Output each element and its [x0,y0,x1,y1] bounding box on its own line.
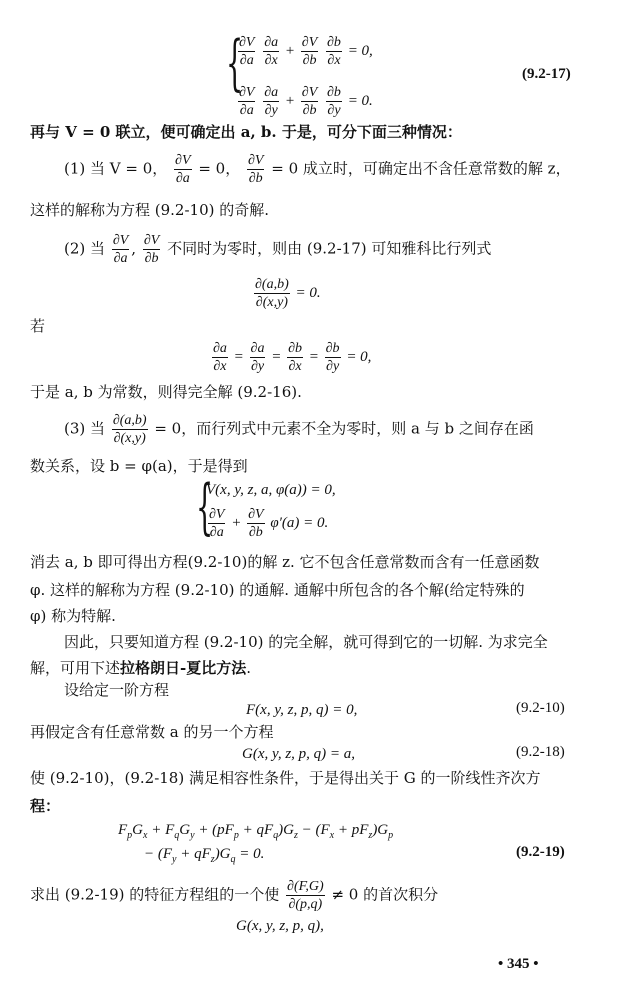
case-1: (1) 当 V = 0， ∂V∂a = 0， ∂V∂b = 0 成立时，可确定出… [64,152,571,187]
first-integral: G(x, y, z, p, q), [236,916,324,936]
equation-number: (9.2-17) [522,66,571,83]
partials-zero-eq: ∂a∂x = ∂a∂y = ∂b∂x = ∂b∂y = 0, [210,340,371,375]
system-row2: ∂V∂a + ∂V∂b φ′(a) = 0. [206,506,328,541]
paragraph: 消去 a, b 即可得出方程(9.2-10)的解 z. 它不包含任意常数而含有一… [30,552,540,572]
eq-19-row1: FpGx + FqGy + (pFp + qFq)Gz − (Fx + pFz)… [118,820,393,846]
paragraph: 求出 (9.2-19) 的特征方程组的一个使 ∂(F,G)∂(p,q) ≠ 0 … [30,878,438,913]
case-2: (2) 当 ∂V∂a, ∂V∂b 不同时为零时，则由 (9.2-17) 可知雅科… [64,232,491,267]
paragraph: φ. 这样的解称为方程 (9.2-10) 的通解. 通解中所包含的各个解(给定特… [30,580,525,600]
system-row1: V(x, y, z, a, φ(a)) = 0, [206,480,336,500]
eq-17-row2: ∂V∂a ∂a∂y + ∂V∂b ∂b∂y = 0. [236,84,373,119]
case-3-cont: 数关系，设 b = φ(a)，于是得到 [30,456,248,476]
case-3: (3) 当 ∂(a,b)∂(x,y) = 0，而行列式中元素不全为零时，则 a … [64,412,534,447]
equation-number: (9.2-18) [516,744,565,761]
case-2-conclusion: 于是 a, b 为常数，则得完全解 (9.2-16). [30,382,302,402]
jacobian-eq: ∂(a,b)∂(x,y) = 0. [252,276,321,311]
case-1-cont: 这样的解称为方程 (9.2-10) 的奇解. [30,200,269,220]
eq-18: G(x, y, z, p, q) = a, [242,744,355,764]
eq-10: F(x, y, z, p, q) = 0, [246,700,357,720]
paragraph: 程： [30,796,60,816]
paragraph: 解，可用下述拉格朗日-夏比方法. [30,658,251,678]
eq-19-row2: − (Fy + qFz)Gq = 0. [144,844,264,870]
paragraph: 因此，只要知道方程 (9.2-10) 的完全解，就可得到它的一切解. 为求完全 [64,632,548,652]
paragraph: 再假定含有任意常数 a 的另一个方程 [30,722,273,742]
paragraph: φ) 称为特解. [30,606,116,626]
eq-17-row1: ∂V∂a ∂a∂x + ∂V∂b ∂b∂x = 0, [236,34,373,69]
paragraph: 设给定一阶方程 [64,680,169,700]
paragraph: 再与 V = 0 联立，便可确定出 a, b. 于是，可分下面三种情况： [30,122,462,142]
if-label: 若 [30,316,45,336]
paragraph: 使 (9.2-10)，(9.2-18) 满足相容性条件，于是得出关于 G 的一阶… [30,768,541,788]
equation-number: (9.2-10) [516,700,565,717]
equation-number: (9.2-19) [516,844,565,861]
page-number: • 345 • [498,956,539,973]
